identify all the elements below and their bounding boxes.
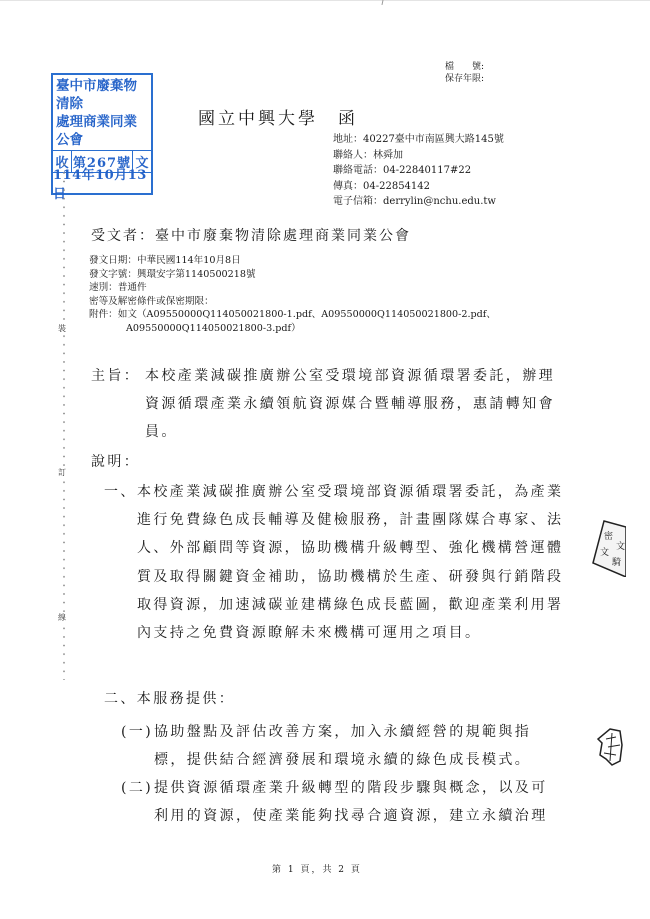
fax: 傳真：04-22854142	[333, 179, 504, 195]
explanation-item-1: 一、 本校產業減碳推廣辦公室受環境部資源循環署委託，為產業進行免費綠色成長輔導及…	[104, 478, 574, 647]
document-title: 國立中興大學 函	[198, 104, 358, 129]
explanation-item-2: 二、本服務提供：	[104, 688, 235, 708]
stamp-date: 114年10月13日	[53, 173, 151, 193]
confidentiality: 密等及解密條件或保密期限：	[89, 295, 496, 309]
sub2-number: (二)	[121, 774, 153, 802]
service-item-2: (二) 提供資源循環產業升級轉型的階段步驟與概念，以及可利用的資源，使產業能夠找…	[121, 774, 561, 830]
contact-person: 聯絡人：林舜加	[333, 148, 504, 164]
scan-top-edge	[0, 0, 650, 1]
attachments-cont: A09550000Q114050021800-3.pdf）	[89, 322, 496, 336]
seam-stamp-icon: 密 文 文 騎	[592, 519, 626, 577]
archive-info: 檔 號: 保存年限:	[445, 61, 484, 85]
stamp-org-line2: 處理商業同業公會	[56, 113, 149, 149]
explanation-label: 說明：	[91, 451, 140, 471]
binding-char-3: 線	[58, 612, 66, 623]
retention-label: 保存年限:	[445, 73, 484, 85]
page-number: 第 1 頁，共 2 頁	[272, 862, 362, 875]
svg-text:文: 文	[616, 540, 625, 552]
sub2-text: 提供資源循環產業升級轉型的階段步驟與概念，以及可利用的資源，使產業能夠找尋合適資…	[154, 774, 561, 830]
svg-text:騎: 騎	[611, 556, 621, 568]
file-number-label: 檔 號:	[445, 61, 484, 73]
email: 電子信箱：derrylin@nchu.edu.tw	[333, 194, 504, 210]
stamp-org-line1: 臺中市廢棄物清除	[56, 77, 149, 113]
binding-dotted-line	[63, 160, 65, 680]
subject-label: 主旨：	[91, 362, 140, 390]
document-meta: 發文日期：中華民國114年10月8日 發文字號：興環安字第1140500218號…	[89, 254, 496, 336]
attachments: 附件：如文（A09550000Q114050021800-1.pdf、A0955…	[89, 308, 496, 322]
phone: 聯絡電話：04-22840117#22	[333, 163, 504, 179]
svg-text:文: 文	[600, 546, 609, 558]
address: 地址：40227臺中市南區興大路145號	[333, 132, 504, 148]
contact-block: 地址：40227臺中市南區興大路145號 聯絡人：林舜加 聯絡電話：04-228…	[333, 132, 504, 210]
sub1-number: (一)	[121, 718, 153, 746]
received-stamp: 臺中市廢棄物清除 處理商業同業公會 收 第267號 文 114年10月13日	[51, 73, 153, 195]
issue-date: 發文日期：中華民國114年10月8日	[89, 254, 496, 268]
item1-text: 本校產業減碳推廣辦公室受環境部資源循環署委託，為產業進行免費綠色成長輔導及健檢服…	[137, 478, 574, 647]
speed: 速別：普通件	[89, 281, 496, 295]
recipient: 受文者：臺中市廢棄物清除處理商業同業公會	[91, 225, 411, 245]
svg-text:密: 密	[604, 530, 613, 542]
stamp-org: 臺中市廢棄物清除 處理商業同業公會	[53, 75, 151, 151]
scan-mark	[381, 0, 383, 5]
item1-number: 一、	[104, 478, 137, 506]
binding-char-2: 訂	[58, 467, 66, 478]
sub1-text: 協助盤點及評估改善方案，加入永續經營的規範與指標，提供結合經濟發展和環境永續的綠…	[154, 718, 561, 774]
seam-stamp-fragment-icon	[596, 727, 624, 767]
binding-char-1: 裝	[58, 323, 66, 334]
service-item-1: (一) 協助盤點及評估改善方案，加入永續經營的規範與指標，提供結合經濟發展和環境…	[121, 718, 561, 774]
subject-section: 主旨： 本校產業減碳推廣辦公室受環境部資源循環署委託，辦理資源循環產業永續領航資…	[91, 362, 561, 446]
subject-text: 本校產業減碳推廣辦公室受環境部資源循環署委託，辦理資源循環產業永續領航資源媒合暨…	[145, 362, 561, 446]
doc-number: 發文字號：興環安字第1140500218號	[89, 268, 496, 282]
